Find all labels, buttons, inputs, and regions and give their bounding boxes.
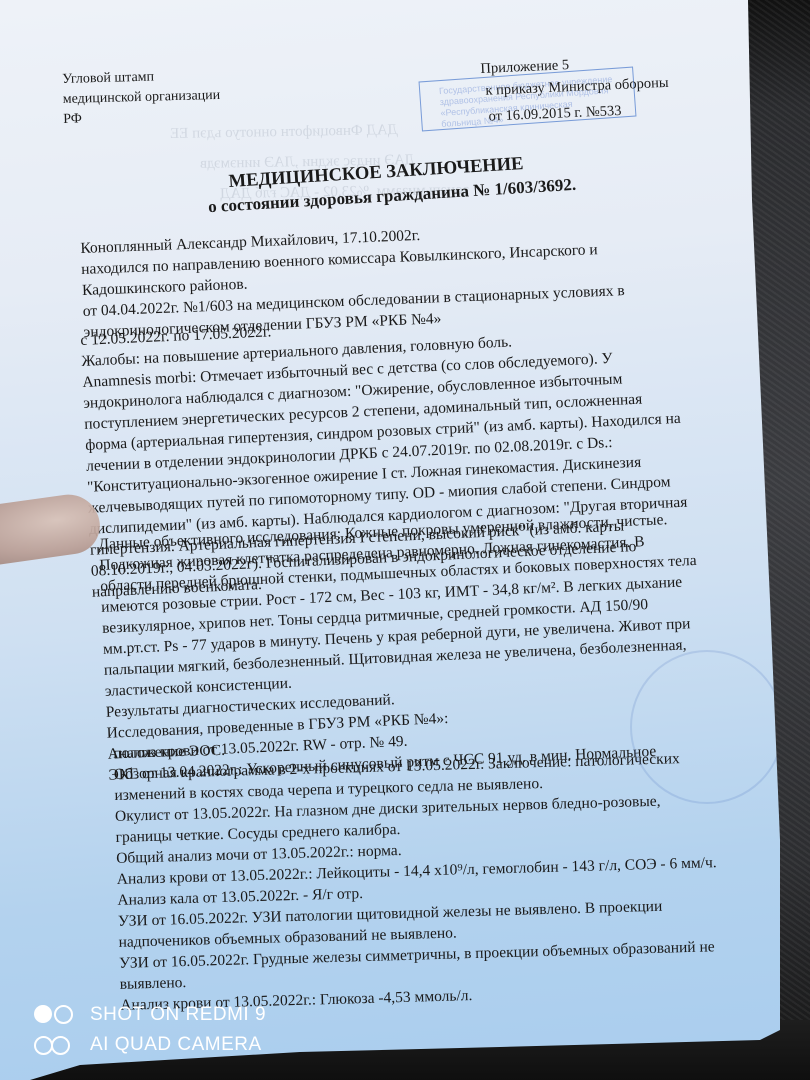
watermark-line1: SHOT ON REDMI 9 bbox=[90, 1004, 266, 1026]
watermark-line2: AI QUAD CAMERA bbox=[90, 1034, 262, 1056]
corner-stamp-line: медицинской организации bbox=[63, 86, 221, 110]
round-seal-stamp bbox=[630, 650, 784, 804]
camera-watermark: SHOT ON REDMI 9 AI QUAD CAMERA bbox=[34, 1000, 266, 1060]
dual-dot-icon bbox=[34, 1003, 78, 1027]
corner-stamp-label: Угловой штамп медицинской организации РФ bbox=[62, 66, 221, 130]
infinity-rings-icon bbox=[34, 1033, 78, 1057]
annex-line: от 16.09.2015 г. №533 bbox=[488, 98, 670, 128]
test-results-block: положение ЭОС.Обзорная краниограмма в 2-… bbox=[113, 726, 730, 1016]
finger-holding-paper bbox=[0, 491, 103, 570]
corner-stamp-line: РФ bbox=[63, 106, 221, 130]
document-paper: ДАД Фнвоцифотн оннотуо ьдэп ЕЕ ДАЭ индэс… bbox=[0, 0, 810, 1080]
annex-reference: Приложение 5 к приказу Министра обороны … bbox=[480, 50, 670, 128]
